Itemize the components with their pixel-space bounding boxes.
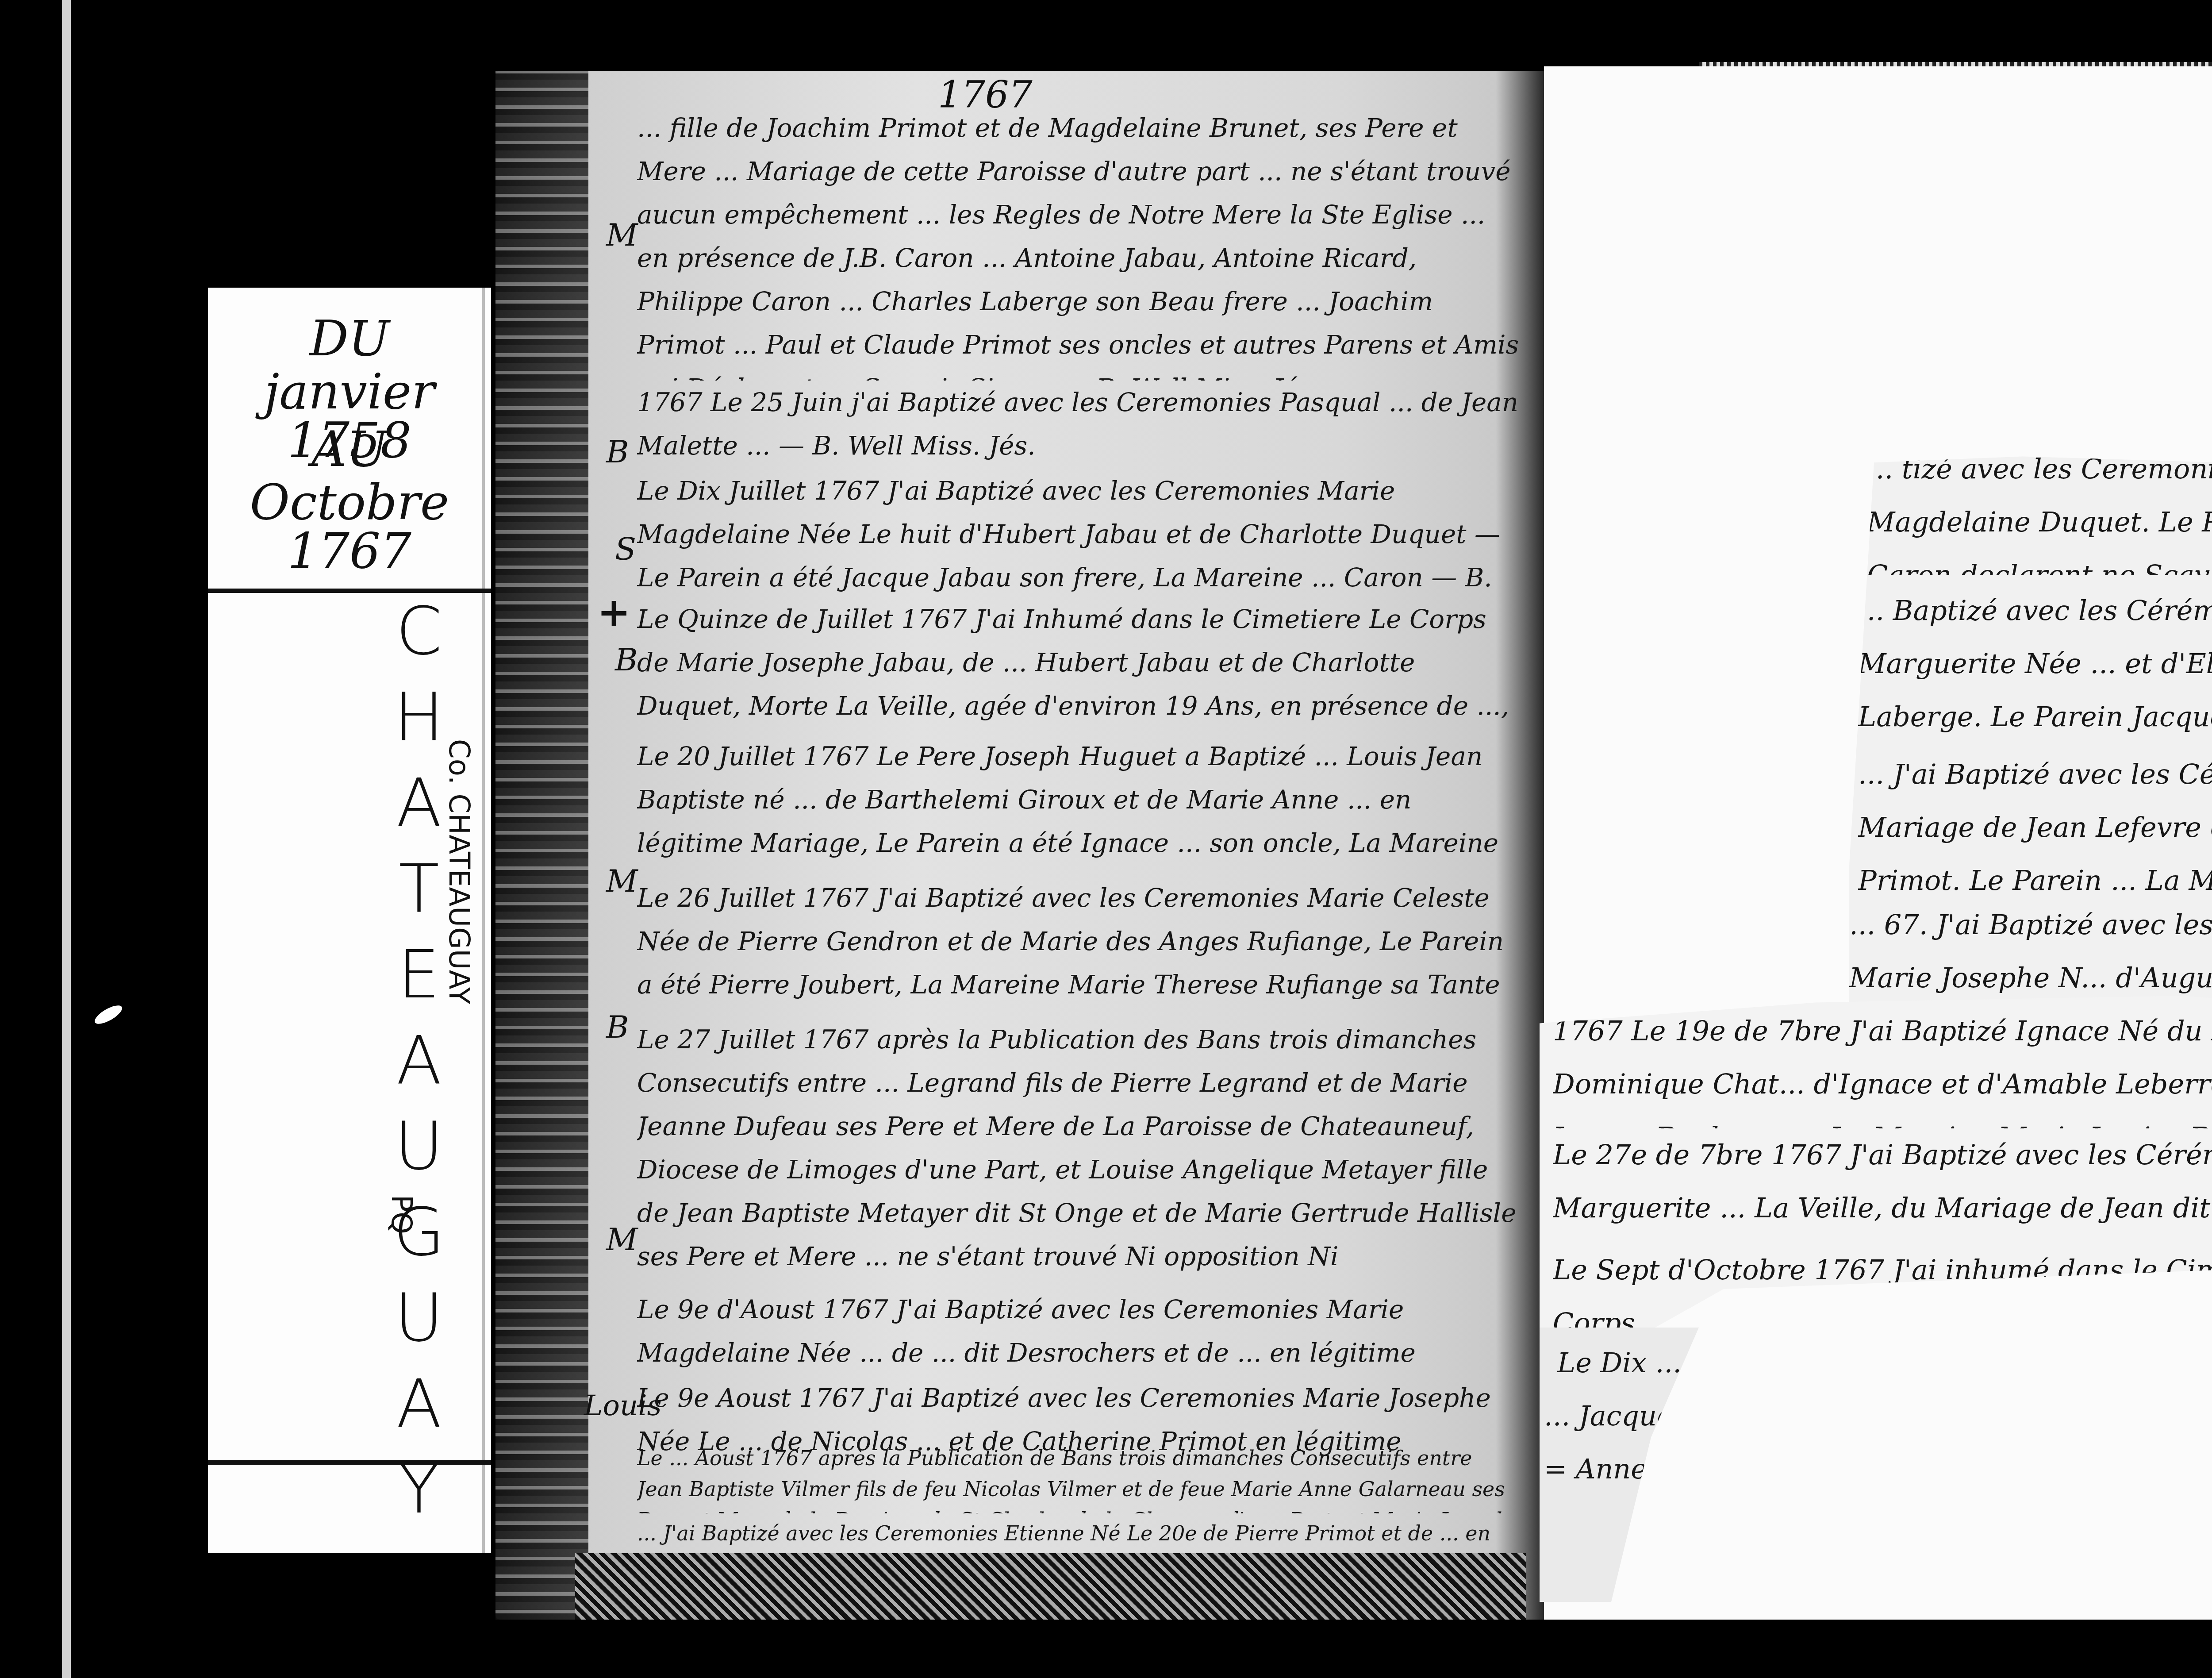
label-du: DU xyxy=(208,314,491,363)
fragment-entry: ... tizé avec les Ceremonies ... et de M… xyxy=(1867,443,2212,575)
register-entry: 1767 Le 25 Juin j'ai Baptizé avec les Ce… xyxy=(637,381,1522,469)
register-entry: Le 26 Juillet 1767 J'ai Baptizé avec les… xyxy=(637,876,1522,1009)
left-register-page: 1767 M B S + B M B M Louis ... fille de … xyxy=(495,71,1548,1620)
card-divider-top xyxy=(208,589,491,593)
register-entry: Le Quinze de Juillet 1767 J'ai Inhumé da… xyxy=(637,597,1522,730)
register-entry: Le Dix Juillet 1767 J'ai Baptizé avec le… xyxy=(637,469,1522,602)
margin-note: B xyxy=(606,434,629,470)
label-county: Co. CHATEAUGUAY xyxy=(442,739,475,1004)
label-province: PQ xyxy=(385,1195,418,1234)
margin-note: B xyxy=(606,1009,629,1045)
label-parish-name: CHATEAUGUAY xyxy=(380,593,457,1537)
label-au: AU xyxy=(208,425,491,473)
marbled-binding-bottom xyxy=(575,1553,1526,1620)
margin-note: M xyxy=(606,217,638,253)
register-entry: Le 20 Juillet 1767 Le Pere Joseph Huguet… xyxy=(637,735,1522,867)
fragment-entry: Le Dix ... xyxy=(1557,1336,1690,1389)
margin-note: S xyxy=(615,531,636,567)
fragment-entry: 1767 Le 19e de 7bre J'ai Baptizé Ignace … xyxy=(1553,1004,2212,1128)
register-entry: ... fille de Joachim Primot et de Magdel… xyxy=(637,106,1522,381)
cross-mark: + xyxy=(597,589,630,635)
scan-artifact-mark xyxy=(92,1002,125,1028)
card-edge xyxy=(482,288,485,1553)
register-entry: Le ... Aoust 1767 après la Publication d… xyxy=(637,1443,1522,1513)
fragment-entry: ... J'ai Baptizé avec les Cérémonies ...… xyxy=(1858,748,2212,894)
torn-page-fragment-upper: ... tizé avec les Ceremonies ... et de M… xyxy=(1849,438,2212,1049)
margin-note: M xyxy=(606,1221,638,1258)
margin-note: M xyxy=(606,863,638,899)
page-stack-edge xyxy=(495,71,588,1620)
register-entry: Le 27 Juillet 1767 après la Publication … xyxy=(637,1018,1522,1283)
label-end-date: Octobre 1767 xyxy=(208,478,491,575)
register-label-card: DU janvier 1758 AU Octobre 1767 CHATEAUG… xyxy=(208,288,491,1553)
card-divider-bottom xyxy=(208,1460,491,1465)
margin-note: B xyxy=(615,642,637,678)
register-entry: Le 9e d'Aoust 1767 J'ai Baptizé avec les… xyxy=(637,1288,1522,1376)
fragment-entry: ... Baptizé avec les Cérémonies Margueri… xyxy=(1858,584,2212,743)
film-edge-strip xyxy=(62,0,71,1678)
fragment-entry: Le 27e de 7bre 1767 J'ai Baptizé avec le… xyxy=(1553,1128,2212,1243)
register-entry: ... J'ai Baptizé avec les Ceremonies Eti… xyxy=(637,1518,1522,1553)
